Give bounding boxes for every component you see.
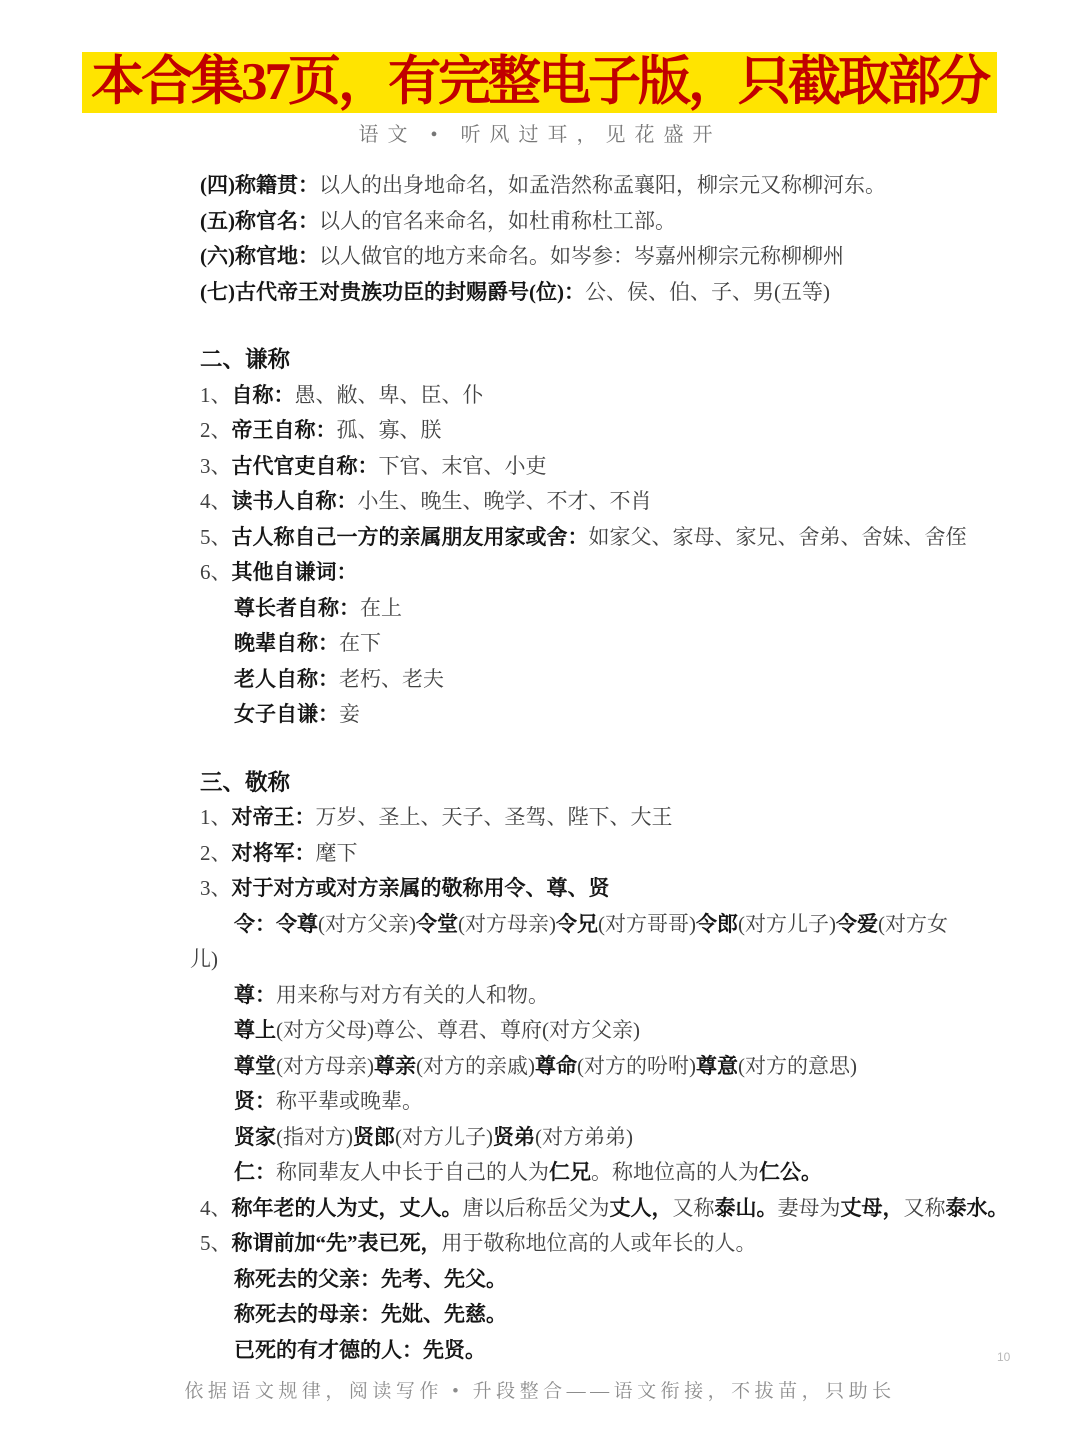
text-segment: 丈母，: [841, 1196, 904, 1220]
page-header-watermark: 语文 • 听风过耳，见花盛开: [0, 120, 1080, 145]
text-segment: 尊亲: [374, 1054, 416, 1078]
text-segment: 。称地位高的人为: [591, 1160, 759, 1184]
text-segment: (五)称官名：: [200, 209, 319, 233]
text-segment: (对方父母)尊公、尊君、尊府(对方父亲): [276, 1018, 640, 1042]
section-title: 二、谦称: [200, 342, 960, 378]
text-segment: 以人做官的地方来命名。如岑参：岑嘉州柳宗元称柳柳州: [319, 244, 844, 268]
text-segment: (对方儿子): [395, 1125, 493, 1149]
text-segment: 尊堂: [234, 1054, 276, 1078]
text-segment: 令兄: [556, 912, 598, 936]
text-segment: 称谓前加“先”表已死，: [232, 1231, 442, 1255]
text-line: 尊上(对方父母)尊公、尊君、尊府(对方父亲): [200, 1013, 960, 1049]
text-line: 尊长者自称：在上: [200, 591, 960, 627]
text-segment: 称年老的人为丈，丈人。: [232, 1196, 463, 1220]
text-line: 2、帝王自称：孤、寡、朕: [200, 413, 960, 449]
text-segment: (对方的吩咐): [577, 1054, 696, 1078]
text-segment: (对方母亲): [276, 1054, 374, 1078]
text-segment: 5、: [200, 525, 232, 549]
text-line: (五)称官名：以人的官名来命名，如杜甫称杜工部。: [200, 204, 960, 240]
text-line: 4、称年老的人为丈，丈人。唐以后称岳父为丈人，又称泰山。妻母为丈母，又称泰水。: [200, 1191, 960, 1227]
text-segment: 称死去的父亲：先考、先父。: [234, 1267, 507, 1291]
text-segment: 仁公。: [759, 1160, 822, 1184]
text-segment: 6、: [200, 560, 232, 584]
text-segment: (七)古代帝王对贵族功臣的封赐爵号(位)：: [200, 280, 585, 304]
text-segment: 唐以后称岳父为: [463, 1196, 610, 1220]
text-segment: 公、侯、伯、子、男(五等): [585, 280, 830, 304]
text-segment: 称同辈友人中长于自己的人为: [276, 1160, 549, 1184]
text-segment: (指对方): [276, 1125, 353, 1149]
text-segment: (六)称官地：: [200, 244, 319, 268]
text-segment: 儿): [190, 947, 218, 971]
text-segment: 尊：: [234, 983, 276, 1007]
text-segment: 尊意: [696, 1054, 738, 1078]
text-segment: 3、: [200, 454, 232, 478]
text-segment: 愚、敝、卑、臣、仆: [295, 383, 484, 407]
text-segment: 麾下: [316, 841, 358, 865]
text-segment: 5、: [200, 1231, 232, 1255]
text-segment: (对方哥哥): [598, 912, 696, 936]
text-segment: (四)称籍贯：: [200, 173, 319, 197]
text-segment: (对方弟弟): [535, 1125, 633, 1149]
text-line: (六)称官地：以人做官的地方来命名。如岑参：岑嘉州柳宗元称柳柳州: [200, 239, 960, 275]
text-line: 尊堂(对方母亲)尊亲(对方的亲戚)尊命(对方的吩咐)尊意(对方的意思): [200, 1049, 960, 1085]
text-line: 2、对将军：麾下: [200, 836, 960, 872]
text-segment: 孤、寡、朕: [337, 418, 442, 442]
text-segment: 仁：: [234, 1160, 276, 1184]
text-line: 令：令尊(对方父亲)令堂(对方母亲)令兄(对方哥哥)令郎(对方儿子)令爱(对方女: [200, 907, 960, 943]
text-segment: 对帝王：: [232, 805, 316, 829]
text-segment: 尊命: [535, 1054, 577, 1078]
text-segment: 1、: [200, 805, 232, 829]
text-line: (四)称籍贯：以人的出身地命名，如孟浩然称孟襄阳，柳宗元又称柳河东。: [200, 168, 960, 204]
text-segment: 贤：: [234, 1089, 276, 1113]
text-segment: 小生、晚生、晚学、不才、不肖: [358, 489, 652, 513]
text-segment: 又称: [673, 1196, 715, 1220]
text-segment: 对于对方或对方亲属的敬称用令、尊、贤: [232, 876, 610, 900]
text-segment: 2、: [200, 841, 232, 865]
document-body: (四)称籍贯：以人的出身地命名，如孟浩然称孟襄阳，柳宗元又称柳河东。(五)称官名…: [200, 168, 960, 1368]
text-segment: 用来称与对方有关的人和物。: [276, 983, 549, 1007]
text-segment: 令郎: [696, 912, 738, 936]
text-segment: 仁兄: [549, 1160, 591, 1184]
text-line: 3、古代官吏自称：下官、末官、小吏: [200, 449, 960, 485]
text-segment: 贤郎: [353, 1125, 395, 1149]
text-segment: 妾: [339, 702, 360, 726]
text-segment: 晚辈自称：: [234, 631, 339, 655]
text-segment: 尊长者自称：: [234, 596, 360, 620]
text-segment: 其他自谦词：: [232, 560, 358, 584]
text-segment: 令尊: [276, 912, 318, 936]
text-segment: 下官、末官、小吏: [379, 454, 547, 478]
text-segment: 4、: [200, 1196, 232, 1220]
text-line: 贤家(指对方)贤郎(对方儿子)贤弟(对方弟弟): [200, 1120, 960, 1156]
text-segment: 三、敬称: [200, 770, 290, 795]
text-segment: 古代官吏自称：: [232, 454, 379, 478]
text-segment: 以人的出身地命名，如孟浩然称孟襄阳，柳宗元又称柳河东。: [319, 173, 886, 197]
text-line: 已死的有才德的人：先贤。: [200, 1333, 960, 1369]
text-segment: 古人称自己一方的亲属朋友用家或舍：: [232, 525, 589, 549]
text-line: 晚辈自称：在下: [200, 626, 960, 662]
text-line: 贤：称平辈或晚辈。: [200, 1084, 960, 1120]
text-segment: 老人自称：: [234, 667, 339, 691]
text-line: 3、对于对方或对方亲属的敬称用令、尊、贤: [200, 871, 960, 907]
text-segment: 读书人自称：: [232, 489, 358, 513]
text-segment: 又称: [904, 1196, 946, 1220]
text-segment: 1、: [200, 383, 232, 407]
text-segment: 令堂: [416, 912, 458, 936]
text-segment: 万岁、圣上、天子、圣驾、陛下、大王: [316, 805, 673, 829]
text-line: (七)古代帝王对贵族功臣的封赐爵号(位)：公、侯、伯、子、男(五等): [200, 275, 960, 311]
text-segment: 丈人，: [610, 1196, 673, 1220]
text-line: 1、对帝王：万岁、圣上、天子、圣驾、陛下、大王: [200, 800, 960, 836]
text-line: 6、其他自谦词：: [200, 555, 960, 591]
text-segment: (对方的亲戚): [416, 1054, 535, 1078]
text-segment: 泰水。: [946, 1196, 1009, 1220]
text-segment: 自称：: [232, 383, 295, 407]
text-segment: 3、: [200, 876, 232, 900]
text-segment: 以人的官名来命名，如杜甫称杜工部。: [319, 209, 676, 233]
text-segment: (对方母亲): [458, 912, 556, 936]
text-segment: 在上: [360, 596, 402, 620]
footer-slogan: 依据语文规律，阅读写作 • 升段整合——语文衔接，不拔苗，只助长: [0, 1376, 1080, 1403]
promo-banner: 本合集37页，有完整电子版，只截取部分: [82, 52, 997, 113]
text-line: 4、读书人自称：小生、晚生、晚学、不才、不肖: [200, 484, 960, 520]
text-segment: 女子自谦：: [234, 702, 339, 726]
text-segment: 2、: [200, 418, 232, 442]
text-segment: 帝王自称：: [232, 418, 337, 442]
text-segment: 贤家: [234, 1125, 276, 1149]
text-segment: 用于敬称地位高的人或年长的人。: [442, 1231, 757, 1255]
text-segment: 泰山。: [715, 1196, 778, 1220]
text-segment: 二、谦称: [200, 347, 290, 372]
text-line: 称死去的母亲：先妣、先慈。: [200, 1297, 960, 1333]
text-line: 5、古人称自己一方的亲属朋友用家或舍：如家父、家母、家兄、舍弟、舍妹、舍侄: [200, 520, 960, 556]
page-number: 10: [997, 1350, 1010, 1364]
text-segment: (对方儿子): [738, 912, 836, 936]
section-title: 三、敬称: [200, 765, 960, 801]
text-segment: 对将军：: [232, 841, 316, 865]
text-segment: 已死的有才德的人：先贤。: [234, 1338, 486, 1362]
text-segment: 贤弟: [493, 1125, 535, 1149]
text-line: 老人自称：老朽、老夫: [200, 662, 960, 698]
text-segment: 令：: [234, 912, 276, 936]
text-line: 1、自称：愚、敝、卑、臣、仆: [200, 378, 960, 414]
text-segment: 如家父、家母、家兄、舍弟、舍妹、舍侄: [589, 525, 967, 549]
text-line: 5、称谓前加“先”表已死，用于敬称地位高的人或年长的人。: [200, 1226, 960, 1262]
text-segment: 尊上: [234, 1018, 276, 1042]
text-segment: 令爱: [836, 912, 878, 936]
text-line: 尊：用来称与对方有关的人和物。: [200, 978, 960, 1014]
text-segment: (对方女: [878, 912, 948, 936]
text-line: 称死去的父亲：先考、先父。: [200, 1262, 960, 1298]
text-line: 儿): [190, 942, 960, 978]
text-line: 女子自谦：妾: [200, 697, 960, 733]
text-segment: 称平辈或晚辈。: [276, 1089, 423, 1113]
text-segment: 妻母为: [778, 1196, 841, 1220]
text-segment: 4、: [200, 489, 232, 513]
text-segment: 老朽、老夫: [339, 667, 444, 691]
text-line: 仁：称同辈友人中长于自己的人为仁兄。称地位高的人为仁公。: [200, 1155, 960, 1191]
text-segment: 在下: [339, 631, 381, 655]
text-segment: (对方的意思): [738, 1054, 857, 1078]
text-segment: (对方父亲): [318, 912, 416, 936]
text-segment: 称死去的母亲：先妣、先慈。: [234, 1302, 507, 1326]
